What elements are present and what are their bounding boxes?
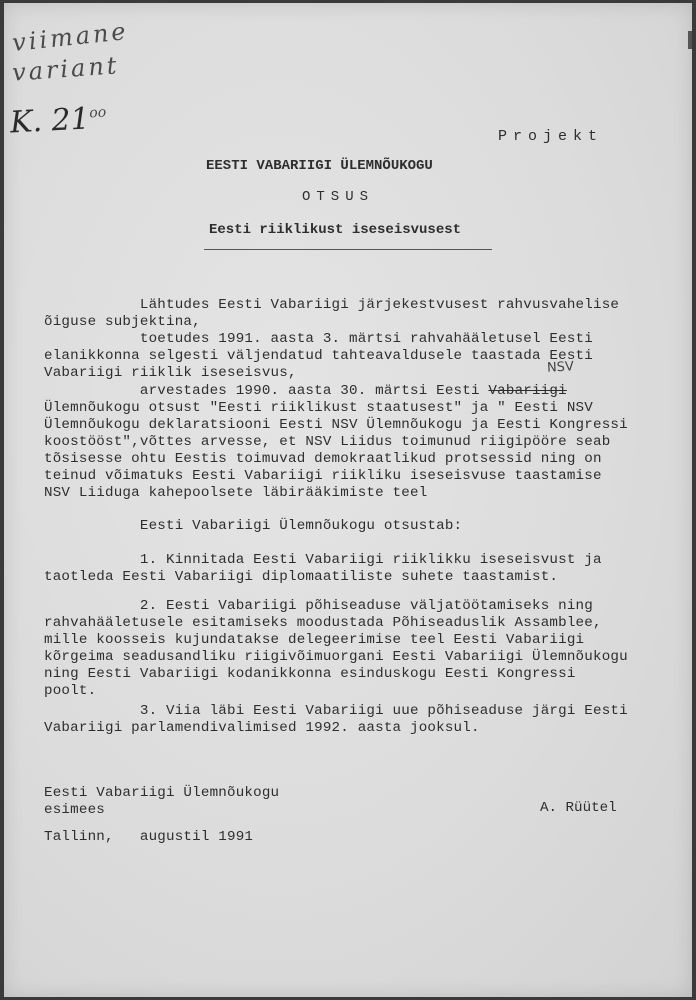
- organization-heading: EESTI VABARIIGI ÜLEMNÕUKOGU: [206, 158, 433, 174]
- resolution-intro: Eesti Vabariigi Ülemnõukogu otsustab:: [44, 518, 664, 535]
- draft-label: Projekt: [498, 128, 603, 145]
- handwritten-note-line2: variant: [11, 51, 120, 86]
- resolution-item-1: 1. Kinnitada Eesti Vabariigi riiklikku i…: [44, 552, 664, 586]
- handwritten-time-note: K. 21oo: [9, 100, 107, 140]
- document-type-heading: OTSUS: [302, 189, 374, 205]
- preamble-paragraph-1: Lähtudes Eesti Vabariigi järjekestvusest…: [44, 297, 664, 331]
- document-subject: Eesti riiklikust iseseisvusest: [209, 222, 461, 238]
- signatory-name: A. Rüütel: [540, 800, 617, 816]
- document-page: viimane variant K. 21oo Projekt EESTI VA…: [4, 3, 692, 997]
- handwritten-time: K. 21: [9, 101, 90, 140]
- resolution-item-2: 2. Eesti Vabariigi põhiseaduse väljatööt…: [44, 598, 664, 700]
- heading-underline: [204, 249, 492, 250]
- preamble-p3-start: arvestades 1990. aasta 30. märtsi Eesti: [44, 383, 488, 399]
- resolution-item-3: 3. Viia läbi Eesti Vabariigi uue põhisea…: [44, 703, 664, 737]
- place-and-date: Tallinn, augustil 1991: [44, 829, 664, 846]
- handwritten-time-superscript: oo: [89, 104, 107, 121]
- handwritten-insertion: NSV: [547, 359, 575, 375]
- edge-mark: [688, 31, 692, 49]
- preamble-paragraph-4: võttes arvesse, et NSV Liidus toimunud r…: [44, 434, 664, 502]
- struck-word: Vabariigi: [488, 383, 566, 399]
